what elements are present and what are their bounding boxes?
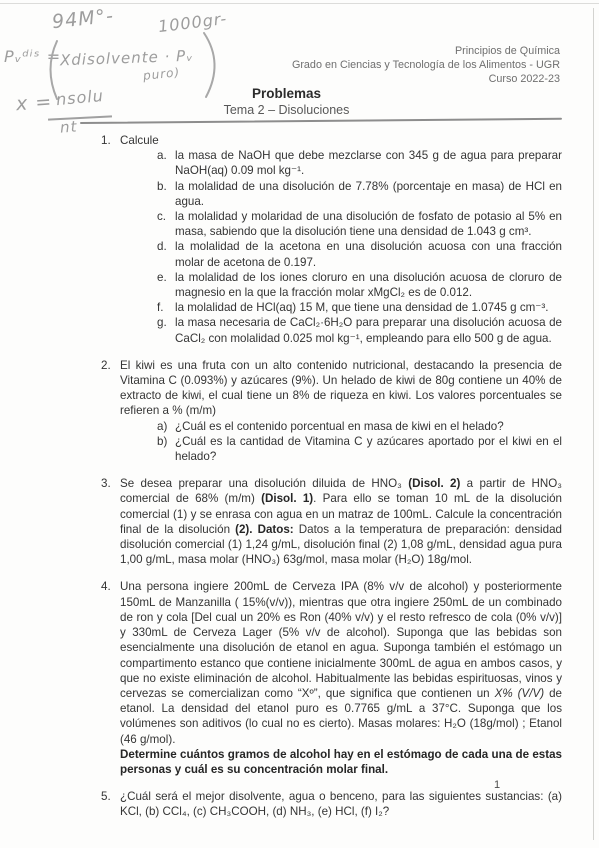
item-marker: a. bbox=[157, 148, 167, 163]
problem-1-item-e: e.la molalidad de los iones cloruro en u… bbox=[120, 270, 562, 300]
item-text: la molalidad y molaridad de una disoluci… bbox=[175, 209, 562, 239]
question-text: ¿Cuál es la cantidad de Vitamina C y azú… bbox=[175, 434, 562, 464]
page-subtitle: Tema 2 – Disoluciones bbox=[14, 102, 559, 119]
bold-segment: (Disol. 2) bbox=[408, 477, 460, 490]
problem-3-number: 3. bbox=[101, 476, 111, 491]
problem-2-question-a: a)¿Cuál es el contenido porcentual en ma… bbox=[120, 419, 562, 434]
handwritten-note-1: 94M°- bbox=[51, 5, 115, 33]
problem-2: 2. El kiwi es una fruta con un alto cont… bbox=[101, 358, 562, 464]
item-text: la molalidad de la acetona en una disolu… bbox=[175, 239, 562, 269]
problem-2-number: 2. bbox=[101, 358, 111, 373]
problem-5-text: ¿Cuál será el mejor disolvente, agua o b… bbox=[120, 789, 562, 819]
item-marker: e. bbox=[157, 270, 167, 285]
problem-1-item-g: g.la masa necesaria de CaCl₂·6H₂O para p… bbox=[120, 315, 562, 345]
problem-1-item-d: d.la molalidad de la acetona en una diso… bbox=[120, 239, 562, 269]
item-text: la masa de NaOH que debe mezclarse con 3… bbox=[175, 148, 562, 178]
item-marker: b. bbox=[157, 179, 167, 194]
item-marker: d. bbox=[157, 239, 167, 254]
problem-3-text: Se desea preparar una disolución diluida… bbox=[120, 477, 562, 566]
scan-edge-right bbox=[593, 8, 594, 840]
question-text: ¿Cuál es el contenido porcentual en masa… bbox=[175, 419, 562, 434]
problem-1-item-c: c.la molalidad y molaridad de una disolu… bbox=[120, 209, 562, 239]
problem-2-questions: a)¿Cuál es el contenido porcentual en ma… bbox=[120, 419, 562, 465]
scan-edge-top bbox=[0, 3, 599, 4]
document-header: Principios de Química Grado en Ciencias … bbox=[160, 44, 560, 86]
problem-2-text: El kiwi es una fruta con un alto conteni… bbox=[120, 358, 562, 419]
bold-segment: (2). bbox=[235, 523, 252, 536]
problem-5: 5. ¿Cuál será el mejor disolvente, agua … bbox=[101, 789, 562, 819]
problem-4-number: 4. bbox=[101, 579, 111, 594]
problem-4: 4. Una persona ingiere 200mL de Cerveza … bbox=[101, 579, 562, 777]
question-marker: a) bbox=[157, 419, 167, 434]
item-marker: f. bbox=[157, 300, 163, 315]
problems-list: 1. Calcule a.la masa de NaOH que debe me… bbox=[101, 133, 562, 832]
bold-segment: (Disol. 1) bbox=[261, 492, 313, 505]
problem-1: 1. Calcule a.la masa de NaOH que debe me… bbox=[101, 133, 562, 346]
handwritten-fraction-denominator: nt bbox=[59, 117, 78, 136]
scanned-problem-sheet: 94M°- 1000gr- Pᵥᵈⁱˢ = Xdisolvente · Pᵥ p… bbox=[0, 0, 599, 848]
problem-4-text: Una persona ingiere 200mL de Cerveza IPA… bbox=[120, 580, 562, 777]
degree-name: Grado en Ciencias y Tecnología de los Al… bbox=[160, 58, 560, 72]
item-text: la molalidad de los iones cloruro en una… bbox=[175, 270, 562, 300]
problem-2-question-b: b)¿Cuál es la cantidad de Vitamina C y a… bbox=[120, 434, 562, 464]
title-block: Problemas Tema 2 – Disoluciones bbox=[14, 86, 559, 119]
question-marker: b) bbox=[157, 434, 167, 449]
item-marker: c. bbox=[157, 209, 166, 224]
problem-1-items: a.la masa de NaOH que debe mezclarse con… bbox=[120, 148, 562, 346]
problem-1-number: 1. bbox=[101, 133, 111, 148]
item-text: la molalidad de HCl(aq) 15 M, que tiene … bbox=[175, 300, 562, 315]
problem-1-item-a: a.la masa de NaOH que debe mezclarse con… bbox=[120, 148, 562, 178]
problem-1-item-f: f.la molalidad de HCl(aq) 15 M, que tien… bbox=[120, 300, 562, 315]
item-text: la masa necesaria de CaCl₂·6H₂O para pre… bbox=[175, 315, 562, 345]
problem-3: 3. Se desea preparar una disolución dilu… bbox=[101, 476, 562, 567]
italic-segment: X% (V/V) bbox=[495, 687, 544, 700]
problem-5-number: 5. bbox=[101, 789, 111, 804]
item-marker: g. bbox=[157, 315, 167, 330]
course-name: Principios de Química bbox=[160, 44, 560, 58]
page-number: 1 bbox=[494, 779, 500, 791]
text-segment: Se desea preparar una disolución diluida… bbox=[120, 477, 408, 490]
problem-4-bold-task: Determine cuántos gramos de alcohol hay … bbox=[120, 747, 562, 777]
page-title: Problemas bbox=[14, 86, 559, 102]
course-term: Curso 2022-23 bbox=[160, 72, 560, 86]
text-segment: Una persona ingiere 200mL de Cerveza IPA… bbox=[120, 580, 562, 699]
bold-segment: Datos: bbox=[258, 523, 294, 536]
item-text: la molalidad de una disolución de 7.78% … bbox=[175, 179, 562, 209]
problem-1-item-b: b.la molalidad de una disolución de 7.78… bbox=[120, 179, 562, 209]
problem-1-intro: Calcule bbox=[120, 133, 562, 148]
